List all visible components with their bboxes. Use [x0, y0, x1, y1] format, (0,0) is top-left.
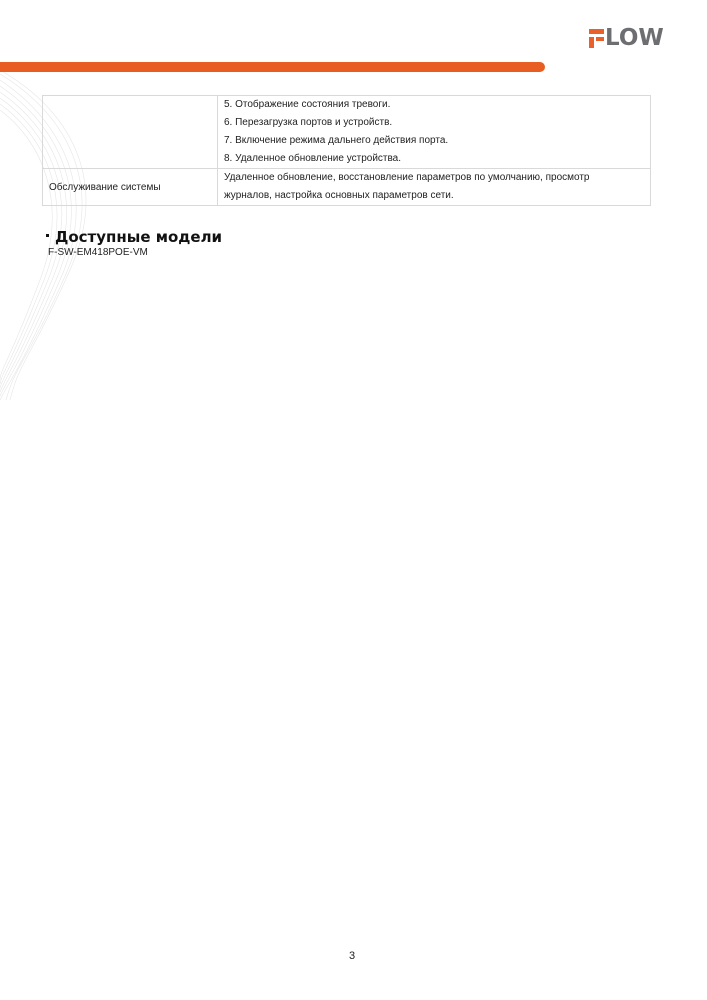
bullet-icon: [46, 234, 49, 237]
table-row: Обслуживание системы Удаленное обновлени…: [43, 169, 651, 206]
header-accent-bar: [0, 62, 545, 72]
flow-logo: LOW: [589, 26, 664, 50]
table-row: 5. Отображение состояния тревоги. 6. Пер…: [43, 96, 651, 169]
value-line: 8. Удаленное обновление устройства.: [224, 150, 644, 168]
section-heading-text: Доступные модели: [55, 228, 222, 246]
spec-table: 5. Отображение состояния тревоги. 6. Пер…: [42, 95, 651, 206]
logo-f-mark-icon: [589, 28, 604, 48]
value-line: 7. Включение режима дальнего действия по…: [224, 132, 644, 150]
value-line: 5. Отображение состояния тревоги.: [224, 96, 644, 114]
value-line: 6. Перезагрузка портов и устройств.: [224, 114, 644, 132]
row-value: 5. Отображение состояния тревоги. 6. Пер…: [218, 96, 651, 169]
row-label: [43, 96, 218, 169]
value-line: Удаленное обновление, восстановление пар…: [224, 169, 644, 187]
section-heading: Доступные модели: [46, 228, 222, 246]
row-value: Удаленное обновление, восстановление пар…: [218, 169, 651, 206]
logo-text: LOW: [605, 26, 664, 50]
row-label: Обслуживание системы: [43, 169, 218, 206]
model-name: F-SW-EM418POE-VM: [48, 247, 148, 258]
value-line: журналов, настройка основных параметров …: [224, 187, 644, 205]
page-number: 3: [349, 950, 355, 962]
